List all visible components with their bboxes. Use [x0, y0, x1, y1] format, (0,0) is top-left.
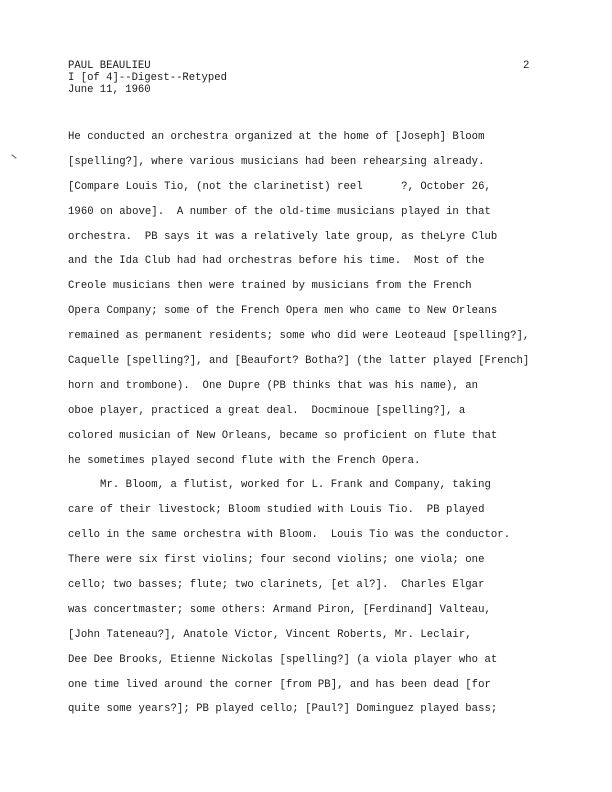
text-line: cello; two basses; flute; two clarinets,… — [68, 578, 568, 603]
text-line: Opera Company; some of the French Opera … — [68, 304, 568, 329]
text-line: horn and trombone). One Dupre (PB thinks… — [68, 379, 568, 404]
text-line: colored musician of New Orleans, became … — [68, 429, 568, 454]
interviewee-name: PAUL BEAULIEU — [68, 60, 227, 72]
text-line: [Compare Louis Tio, (not the clarinetist… — [68, 180, 568, 205]
margin-mark — [11, 154, 16, 159]
text-line: oboe player, practiced a great deal. Doc… — [68, 404, 568, 429]
text-line: quite some years?]; PB played cello; [Pa… — [68, 702, 568, 727]
text-line: one time lived around the corner [from P… — [68, 678, 568, 703]
text-line: [John Tateneau?], Anatole Victor, Vincen… — [68, 628, 568, 653]
text-line: Creole musicians then were trained by mu… — [68, 279, 568, 304]
text-line: There were six first violins; four secon… — [68, 553, 568, 578]
text-line: he sometimes played second flute with th… — [68, 454, 568, 479]
text-line: He conducted an orchestra organized at t… — [68, 130, 568, 155]
interview-date: June 11, 1960 — [68, 84, 227, 96]
text-line: [spelling?], where various musicians had… — [68, 155, 568, 180]
text-line: remained as permanent residents; some wh… — [68, 329, 568, 354]
text-line: orchestra. PB says it was a relatively l… — [68, 230, 568, 255]
text-line: and the Ida Club had had orchestras befo… — [68, 254, 568, 279]
text-line: Caquelle [spelling?], and [Beaufort? Bot… — [68, 354, 568, 379]
document-header: PAUL BEAULIEU I [of 4]--Digest--Retyped … — [68, 60, 227, 96]
text-line: Dee Dee Brooks, Etienne Nickolas [spelli… — [68, 653, 568, 678]
reel-info: I [of 4]--Digest--Retyped — [68, 72, 227, 84]
text-line: Mr. Bloom, a flutist, worked for L. Fran… — [68, 478, 568, 503]
document-body: He conducted an orchestra organized at t… — [68, 130, 568, 727]
text-line: care of their livestock; Bloom studied w… — [68, 503, 568, 528]
document-page: PAUL BEAULIEU I [of 4]--Digest--Retyped … — [0, 0, 612, 792]
page-number: 2 — [523, 60, 529, 72]
text-line: was concertmaster; some others: Armand P… — [68, 603, 568, 628]
text-line: cello in the same orchestra with Bloom. … — [68, 528, 568, 553]
text-line: 1960 on above]. A number of the old-time… — [68, 205, 568, 230]
